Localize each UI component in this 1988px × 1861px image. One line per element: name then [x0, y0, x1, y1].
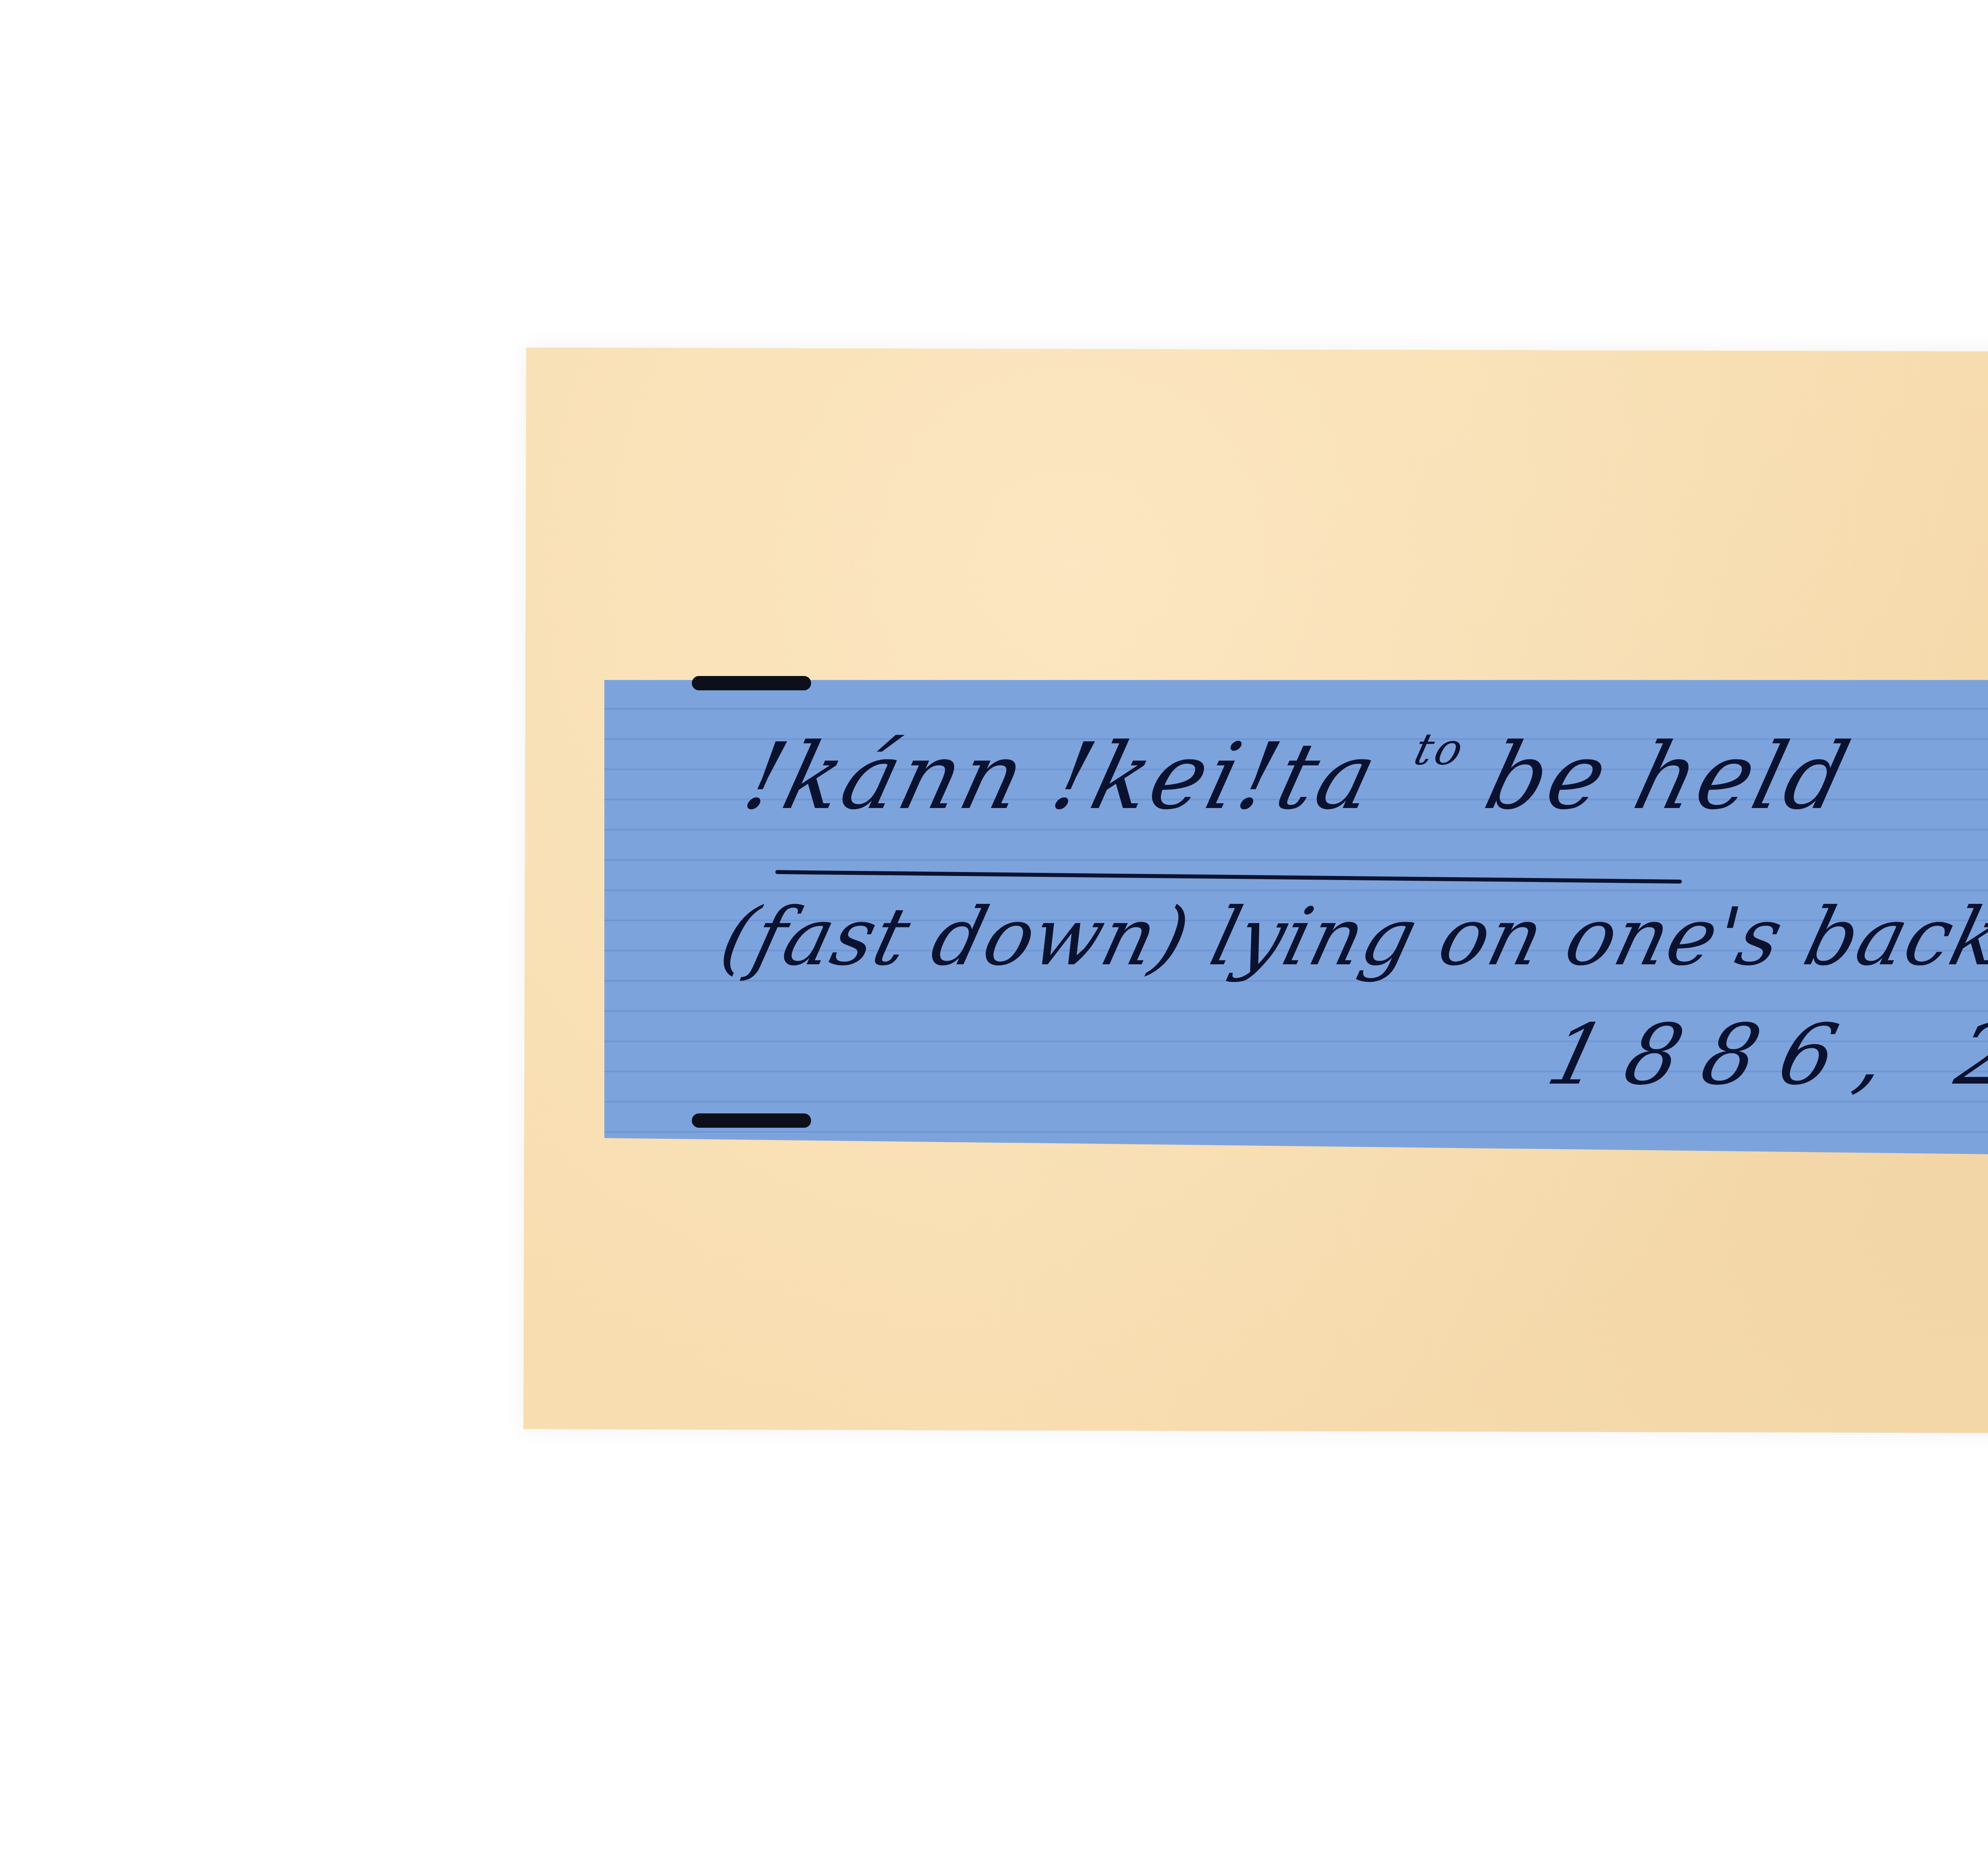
superscript-to: to	[1409, 724, 1470, 775]
black-tab-mark-top	[692, 676, 811, 690]
black-tab-mark-bottom	[692, 1113, 811, 1128]
handwritten-date: 1886, 25/	[1538, 1006, 1988, 1103]
gloss-text: be held	[1475, 724, 1861, 830]
handwritten-line-2: (fast down) lying on one's backw	[712, 891, 1988, 983]
date-text: 1886, 25/	[1538, 1006, 1988, 1103]
handwritten-line-1: !kánn !kei!ta to be held	[734, 724, 1862, 830]
gloss-continuation: (fast down) lying on one's back	[712, 891, 1988, 983]
term-text: !kánn !kei!ta	[734, 724, 1389, 830]
